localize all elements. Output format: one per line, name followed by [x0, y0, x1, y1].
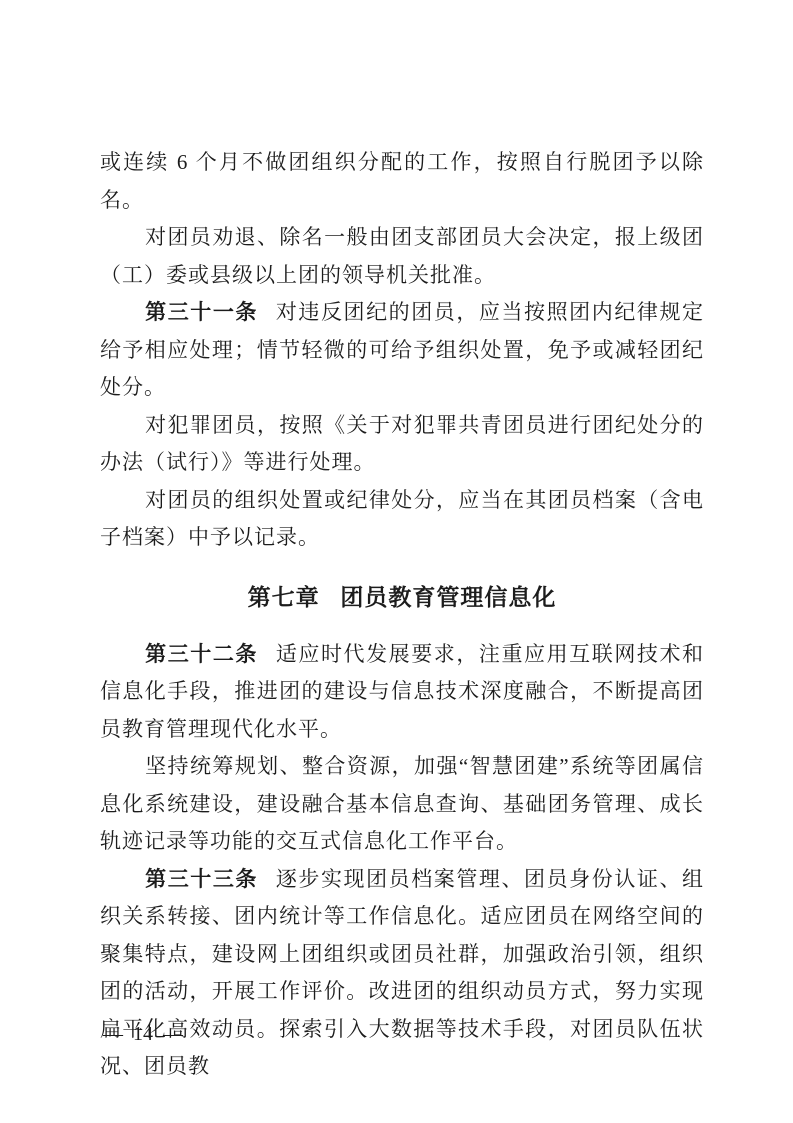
chapter-heading: 第七章团员教育管理信息化	[100, 577, 704, 617]
paragraph-text: 坚持统筹规划、整合资源，加强“智慧团建”系统等团属信息化系统建设，建设融合基本信…	[100, 754, 704, 853]
document-page: 或连续 6 个月不做团组织分配的工作，按照自行脱团予以除名。对团员劝退、除名一般…	[0, 0, 793, 1123]
paragraph: 坚持统筹规划、整合资源，加强“智慧团建”系统等团属信息化系统建设，建设融合基本信…	[100, 748, 704, 861]
paragraph: 第三十三条逐步实现团员档案管理、团员身份认证、组织关系转接、团内统计等工作信息化…	[100, 861, 704, 1086]
article-number: 第三十一条	[145, 301, 258, 324]
article-number: 第三十三条	[145, 868, 258, 891]
page-number: 14	[133, 1023, 153, 1046]
footer-dash-left: —	[103, 1023, 123, 1046]
paragraph-text: 或连续 6 个月不做团组织分配的工作，按照自行脱团予以除名。	[100, 150, 704, 212]
paragraph-text: 对犯罪团员，按照《关于对犯罪共青团员进行团纪处分的办法（试行）》等进行处理。	[100, 413, 704, 475]
paragraph-text: 对团员劝退、除名一般由团支部团员大会决定，报上级团（工）委或县级以上团的领导机关…	[100, 225, 704, 287]
paragraph: 对犯罪团员，按照《关于对犯罪共青团员进行团纪处分的办法（试行）》等进行处理。	[100, 407, 704, 482]
paragraph-text: 对团员的组织处置或纪律处分，应当在其团员档案（含电子档案）中予以记录。	[100, 488, 704, 550]
document-body: 或连续 6 个月不做团组织分配的工作，按照自行脱团予以除名。对团员劝退、除名一般…	[100, 144, 704, 1086]
chapter-title: 团员教育管理信息化	[340, 584, 556, 610]
paragraph: 对团员的组织处置或纪律处分，应当在其团员档案（含电子档案）中予以记录。	[100, 482, 704, 557]
paragraph: 第三十二条适应时代发展要求，注重应用互联网技术和信息化手段，推进团的建设与信息技…	[100, 636, 704, 749]
chapter-number: 第七章	[248, 584, 320, 610]
article-number: 第三十二条	[145, 643, 258, 666]
paragraph: 第三十一条对违反团纪的团员，应当按照团内纪律规定给予相应处理；情节轻微的可给予组…	[100, 294, 704, 407]
paragraph: 或连续 6 个月不做团组织分配的工作，按照自行脱团予以除名。	[100, 144, 704, 219]
paragraph: 对团员劝退、除名一般由团支部团员大会决定，报上级团（工）委或县级以上团的领导机关…	[100, 219, 704, 294]
paragraph-text: 逐步实现团员档案管理、团员身份认证、组织关系转接、团内统计等工作信息化。适应团员…	[100, 867, 704, 1079]
footer-dash-right: —	[163, 1023, 183, 1046]
page-footer: — 14 —	[103, 1020, 183, 1048]
